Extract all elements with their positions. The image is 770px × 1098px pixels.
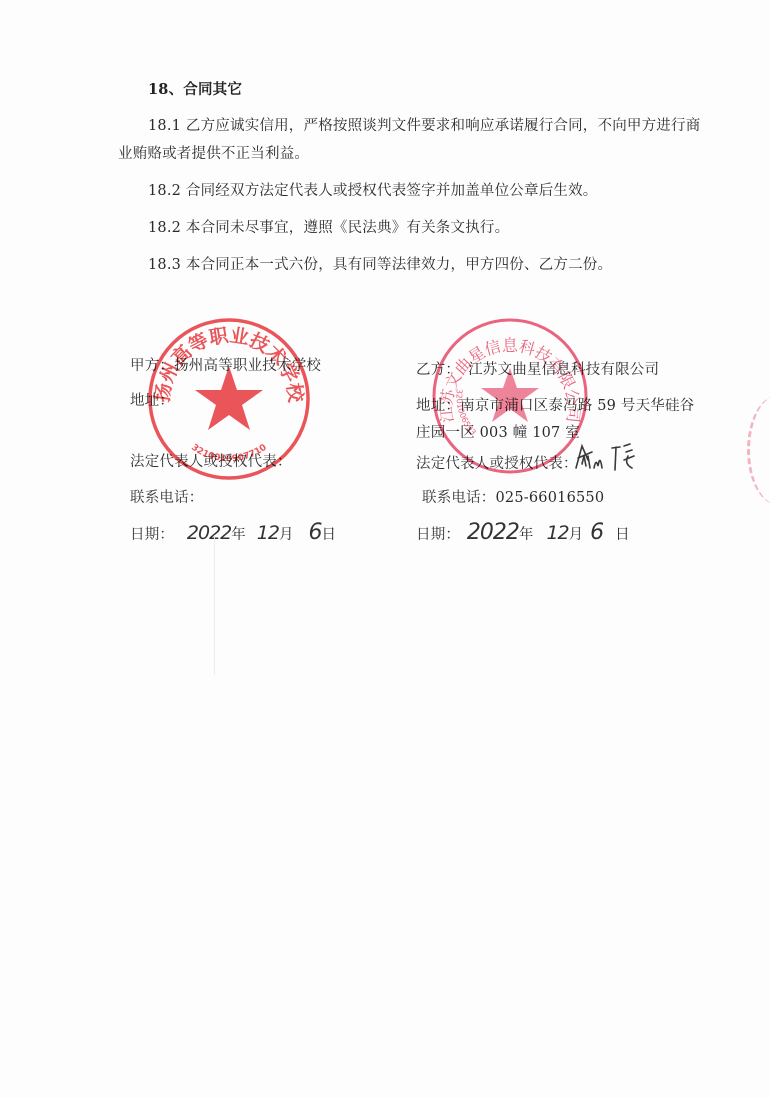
section-heading: 18、合同其它 — [148, 81, 242, 99]
party-b-date-month: 12 — [546, 522, 568, 544]
party-b-phone-row: 联系电话：025-66016550 — [422, 489, 604, 507]
party-a-address-label: 地址： — [130, 393, 174, 409]
party-a-date-month-unit: 月 — [279, 527, 294, 543]
clause-18-3: 18.3 本合同正本一式六份，具有同等法律效力，甲方四份、乙方二份。 — [148, 256, 612, 274]
party-b-rep-label: 法定代表人或授权代表： — [416, 456, 578, 472]
party-b-date-label: 日期： — [416, 527, 460, 543]
party-a-name-label: 甲方： — [130, 358, 174, 374]
star-icon — [195, 366, 263, 430]
party-b-date-month-unit: 月 — [569, 527, 584, 543]
party-b-name: 江苏文曲星信息科技有限公司 — [468, 362, 659, 378]
party-b-name-row: 乙方：江苏文曲星信息科技有限公司 — [416, 361, 659, 379]
clause-18-1-line1: 18.1 乙方应诚实信用，严格按照谈判文件要求和响应承诺履行合同，不向甲方进行商 — [148, 117, 700, 135]
scan-artifact-line — [214, 535, 215, 675]
party-a-date-label: 日期： — [130, 527, 174, 543]
party-b-date-year-unit: 年 — [519, 527, 534, 543]
party-b-phone: 025-66016550 — [496, 490, 605, 506]
party-b-address-label: 地址： — [416, 398, 460, 414]
party-b-address-line2: 庄园一区 003 幢 107 室 — [416, 424, 580, 442]
party-a-address-row: 地址： — [130, 392, 174, 410]
party-a-date-year-unit: 年 — [231, 527, 246, 543]
party-b-date-year: 2022 — [467, 520, 519, 545]
clause-18-2: 18.2 合同经双方法定代表人或授权代表签字并加盖单位公章后生效。 — [148, 182, 598, 200]
party-a-date-day: 6 — [309, 520, 322, 545]
party-a-name: 扬州高等职业技术学校 — [174, 358, 321, 374]
party-a-rep-label: 法定代表人或授权代表： — [130, 454, 292, 470]
party-b-phone-label: 联系电话： — [422, 490, 496, 506]
party-a-phone-label: 联系电话： — [130, 490, 204, 506]
party-a-date-month: 12 — [257, 522, 279, 544]
party-a-name-row: 甲方：扬州高等职业技术学校 — [130, 357, 321, 375]
party-a-date-day-unit: 日 — [322, 527, 337, 543]
contract-page: 18、合同其它 18.1 乙方应诚实信用，严格按照谈判文件要求和响应承诺履行合同… — [0, 0, 770, 1098]
party-b-rep-row: 法定代表人或授权代表： — [416, 455, 578, 473]
party-b-official-stamp: 江苏文曲星信息科技有限公司 3201006593 — [430, 316, 590, 476]
party-b-date-day-unit: 日 — [615, 527, 630, 543]
party-a-date-year: 2022 — [187, 522, 231, 544]
clause-18-1-line2: 业贿赂或者提供不正当利益。 — [118, 145, 309, 163]
party-b-address-line1: 南京市浦口区泰冯路 59 号天华硅谷 — [460, 398, 694, 414]
party-b-name-label: 乙方： — [416, 362, 460, 378]
party-a-phone-row: 联系电话： — [130, 489, 204, 507]
party-a-rep-row: 法定代表人或授权代表： — [130, 453, 292, 471]
party-b-date-day: 6 — [590, 520, 603, 545]
party-b-address-row: 地址：南京市浦口区泰冯路 59 号天华硅谷 — [416, 397, 694, 415]
clause-18-2b: 18.2 本合同未尽事宜，遵照《民法典》有关条文执行。 — [148, 219, 509, 237]
partial-stamp-edge — [747, 395, 770, 505]
party-b-date-row: 日期： 2022年 12月 6日 — [416, 524, 630, 544]
party-a-date-row: 日期： 2022年 12月 6日 — [130, 524, 336, 544]
party-b-signature — [572, 438, 644, 474]
